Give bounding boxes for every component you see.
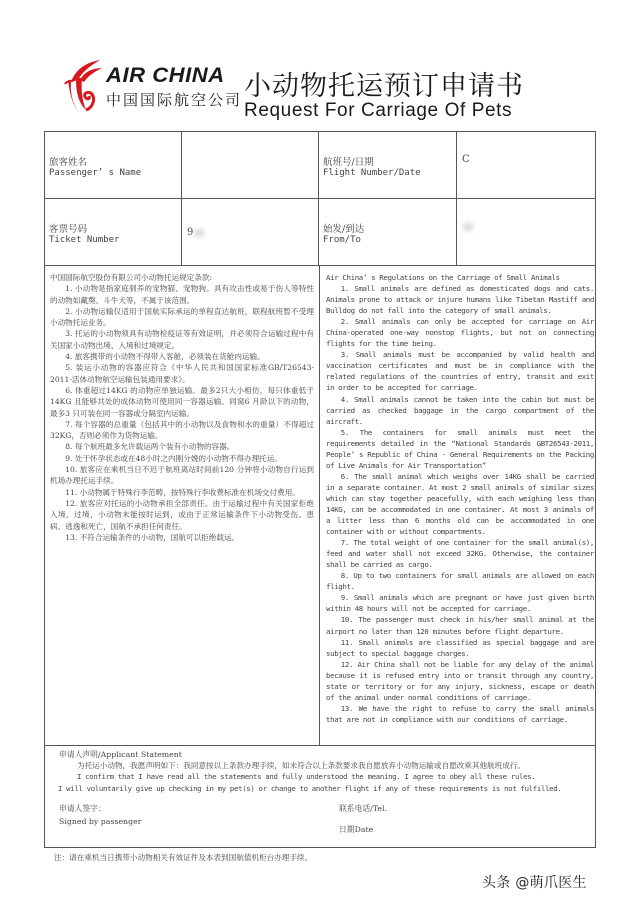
regulation-cn-item: 8. 每个航班最多允许载运两个装有小动物的容器。 — [50, 441, 314, 452]
ticket-number-value: 9 — [187, 227, 204, 238]
statement-title: 申请人声明/Applicant Statement — [59, 749, 182, 760]
flight-number-label-en: Flight Number/Date — [323, 168, 421, 178]
ticket-number-field[interactable]: 9 — [182, 199, 319, 265]
regulation-cn-item: 7. 每个容器的总重量（包括其中的小动物以及食物和水的重量）不得超过32KG，否… — [50, 419, 314, 442]
flight-number-label-cn: 航班号/日期 — [323, 154, 374, 168]
ticket-number-text: 9 — [187, 227, 193, 238]
brand-name-en: AIR CHINA — [106, 64, 225, 88]
flight-number-label-cell: 航班号/日期 Flight Number/Date — [319, 132, 457, 198]
regulation-cn-item: 1. 小动物是指家庭驯养的宠物猫、宠物狗。具有攻击性或易于伤人等特性的动物如藏獒… — [50, 283, 314, 306]
from-to-field[interactable] — [457, 199, 597, 265]
regulation-cn-item: 6. 体重超过14KG 的动物应单独运输。最多2只大小相仿，每只体重低于14KG… — [50, 385, 314, 419]
passenger-info-table: 旅客姓名 Passenger’ s Name 航班号/日期 Flight Num… — [44, 131, 596, 265]
regulation-en-item: 11. Small animals are classified as spec… — [326, 637, 594, 659]
table-row: 旅客姓名 Passenger’ s Name 航班号/日期 Flight Num… — [45, 132, 595, 199]
from-to-label-en: From/To — [323, 235, 361, 245]
applicant-statement-section: 申请人声明/Applicant Statement 为托运小动物，我愿声明如下：… — [44, 745, 596, 848]
brand-name-cn: 中国国际航空公司 — [106, 89, 242, 110]
regulation-en-item: 10. The passenger must check in his/her … — [326, 614, 594, 636]
regulation-en-item: 13. We have the right to refuse to carry… — [326, 703, 594, 725]
column-divider — [319, 265, 320, 745]
regulation-cn-item: 3. 托运的小动物须具有动物检疫证等有效证明，并必须符合运输过程中有关国家小动物… — [50, 328, 314, 351]
regulation-cn-item: 11. 小动物属于特殊行李范畴，按特殊行李收费标准在机场交付费用。 — [50, 487, 314, 498]
regulation-cn-item: 13. 不符合运输条件的小动物，国航可以拒绝载运。 — [50, 532, 314, 543]
regulation-cn-item: 12. 旅客应对托运的小动物承担全部责任。由于运输过程中有关国家拒绝入境、过境，… — [50, 498, 314, 532]
regulation-cn-item: 2. 小动物运输仅适用于国航实际承运的单程直达航班，联程航班暂不受理小动物托运业… — [50, 306, 314, 329]
footer-note: 注：请在乘机当日携带小动物相关有效证件及本表到国航值机柜台办理手续。 — [54, 852, 312, 863]
regulation-en-item: 9. Small animals which are pregnant or h… — [326, 592, 594, 614]
ticket-number-label-cn: 客票号码 — [49, 221, 87, 235]
regulations-en-heading: Air China’ s Regulations on the Carriage… — [326, 272, 594, 283]
ticket-number-label-cell: 客票号码 Ticket Number — [45, 199, 182, 265]
regulation-en-item: 1. Small animals are defined as domestic… — [326, 283, 594, 316]
regulation-cn-item: 9. 处于怀孕状态或在48小时之内刚分娩的小动物不得办理托运。 — [50, 453, 314, 464]
regulation-en-item: 12. Air China shall not be liable for an… — [326, 659, 594, 703]
date-field[interactable]: 日期Date — [339, 824, 373, 835]
regulation-cn-item: 4. 旅客携带的小动物不得带入客舱，必须装在货舱内运输。 — [50, 351, 314, 362]
redacted-blur — [463, 223, 473, 231]
regulation-en-item: 8. Up to two containers for small animal… — [326, 570, 594, 592]
regulation-en-item: 7. The total weight of one container for… — [326, 537, 594, 570]
ticket-number-label-en: Ticket Number — [49, 235, 119, 245]
page-title-cn: 小动物托运预订申请书 — [244, 64, 524, 103]
regulation-cn-item: 10. 旅客应在乘机当日不迟于航班离站时间前120 分钟将小动物自行运到机场办理… — [50, 464, 314, 487]
tel-field[interactable]: 联系电话/Tel. — [339, 803, 387, 814]
phoenix-logo-icon — [62, 58, 104, 120]
watermark: 头条 @萌爪医生 — [482, 872, 587, 892]
regulation-en-item: 2. Small animals can only be accepted fo… — [326, 316, 594, 349]
redacted-blur — [194, 229, 204, 237]
from-to-value — [462, 221, 473, 232]
flight-number-value: C — [462, 154, 470, 165]
passenger-name-label-cn: 旅客姓名 — [49, 154, 87, 168]
regulations-section: 中国国际航空股份有限公司小动物托运规定条款: 1. 小动物是指家庭驯养的宠物猫、… — [44, 265, 596, 746]
regulation-en-item: 3. Small animals must be accompanied by … — [326, 349, 594, 393]
table-row: 客票号码 Ticket Number 9 始发/到达 From/To — [45, 199, 595, 266]
regulation-en-item: 6. The small animal which weighs over 14… — [326, 471, 594, 537]
page-title-en: Request For Carriage Of Pets — [244, 100, 512, 122]
statement-text-en-1: I confirm that I have read all the state… — [77, 772, 535, 781]
passenger-name-field[interactable] — [182, 132, 319, 198]
statement-text-en-2: I will voluntarily give up checking in m… — [58, 784, 561, 793]
air-china-logo: AIR CHINA 中国国际航空公司 — [62, 58, 212, 124]
signature-field[interactable]: Signed by passenger — [59, 817, 141, 826]
signature-label-cn: 申请人签字： — [59, 803, 106, 814]
passenger-name-label-en: Passenger’ s Name — [49, 168, 141, 178]
regulations-cn: 中国国际航空股份有限公司小动物托运规定条款: 1. 小动物是指家庭驯养的宠物猫、… — [50, 272, 314, 543]
regulation-en-item: 5. The containers for small animals must… — [326, 427, 594, 471]
regulations-cn-heading: 中国国际航空股份有限公司小动物托运规定条款: — [50, 272, 314, 283]
statement-text-cn: 为托运小动物，我愿声明如下：我同意按以上条款办理手续，如未符合以上条款要求我自愿… — [77, 760, 525, 771]
regulation-en-item: 4. Small animals cannot be taken into th… — [326, 394, 594, 427]
regulations-en: Air China’ s Regulations on the Carriage… — [326, 272, 594, 725]
from-to-label-cn: 始发/到达 — [323, 221, 364, 235]
flight-number-field[interactable]: C — [457, 132, 597, 198]
passenger-name-label-cell: 旅客姓名 Passenger’ s Name — [45, 132, 182, 198]
from-to-label-cell: 始发/到达 From/To — [319, 199, 457, 265]
regulation-cn-item: 5. 装运小动物的容器应符合《中华人民共和国国家标准GB/T26543-2011… — [50, 362, 314, 385]
